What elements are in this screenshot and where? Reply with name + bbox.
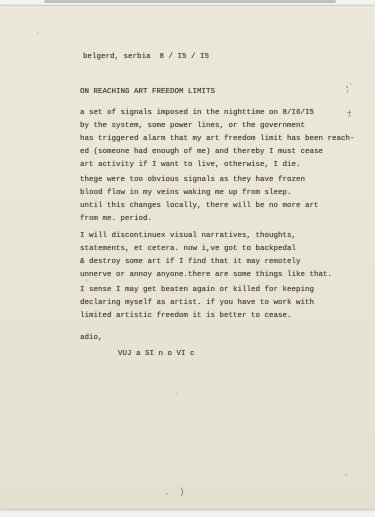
paper-speck: [347, 90, 348, 93]
text-line: unnerve or annoy anyone.there are some t…: [80, 269, 332, 282]
letter-paper: belgerd, serbia 8 / I5 / I5 ON REACHING …: [0, 6, 375, 509]
text-line: by the system, some power lines, or the …: [80, 120, 355, 133]
text-line: declaring myself as artist. if you have …: [80, 297, 314, 310]
text-line: ed (someone had enough of me) and thereb…: [80, 146, 355, 159]
paper-speck: [345, 474, 347, 476]
stray-apostrophe-mark: ': [85, 280, 89, 286]
text-line: from me. period.: [80, 213, 319, 226]
text-line: a set of signals imposed in the nighttim…: [80, 107, 355, 120]
paragraph-signals: a set of signals imposed in the nighttim…: [80, 107, 355, 172]
closing-salutation: adio,: [80, 332, 103, 345]
text-line: I sense I may get beaten again or killed…: [80, 284, 314, 297]
text-line: & destroy some art if I find that it may…: [80, 256, 332, 269]
text-line: has triggered alarm that my art freedom …: [80, 133, 355, 146]
scan-background: belgerd, serbia 8 / I5 / I5 ON REACHING …: [0, 0, 375, 517]
stray-paren-mark: ): [179, 488, 184, 497]
paragraph-no-more-art: until this changes locally, there will b…: [80, 200, 319, 226]
paragraph-sense-beaten: I sense I may get beaten again or killed…: [80, 284, 314, 323]
paper-speck: [176, 392, 178, 394]
document-title: ON REACHING ART FREEDOM LIMITS: [80, 86, 215, 99]
paper-speck: [166, 493, 168, 495]
paper-tick-mark: [347, 112, 351, 113]
text-line: art activity if I want to live, otherwis…: [80, 159, 355, 172]
paragraph-obvious-signals: thege were too obvious signals as they h…: [80, 174, 305, 200]
text-line: statements, et cetera. now i,ve got to b…: [80, 243, 332, 256]
text-line: blood flow in my veins waking me up from…: [80, 187, 305, 200]
paper-speck: [350, 83, 351, 85]
text-line: until this changes locally, there will b…: [80, 200, 319, 213]
paper-speck: [346, 86, 348, 88]
signature: VUJ a SI n o VI c: [118, 348, 195, 361]
text-line: limited artistic freedom it is better to…: [80, 310, 314, 323]
dateline: belgerd, serbia 8 / I5 / I5: [83, 51, 209, 64]
paper-speck: [37, 32, 39, 34]
scan-edge-shadow: [44, 0, 336, 3]
paragraph-discontinue: I will discontinuex visual narratives, t…: [80, 230, 332, 282]
text-line: I will discontinuex visual narratives, t…: [80, 230, 332, 243]
text-line: thege were too obvious signals as they h…: [80, 174, 305, 187]
